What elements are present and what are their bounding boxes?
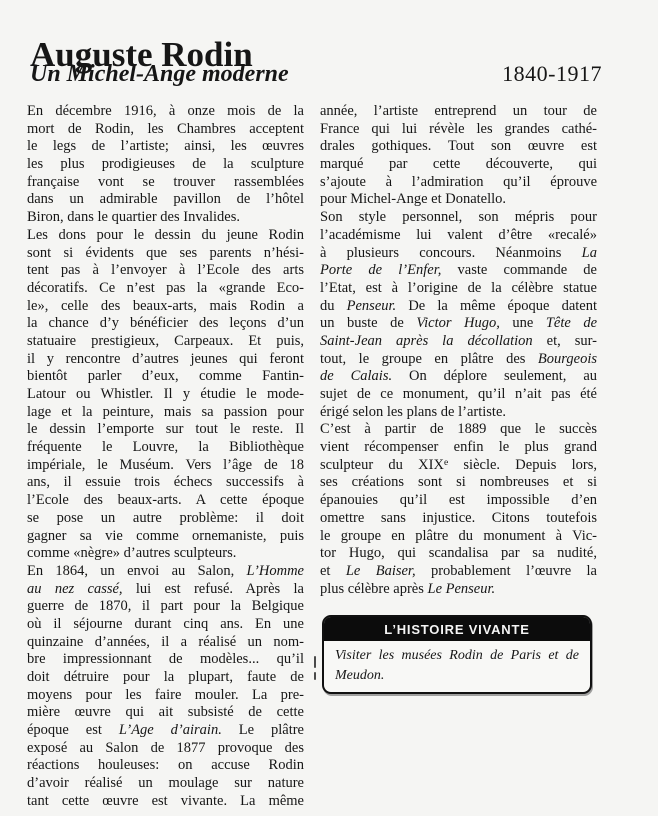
text-line: le», celle des beaux-arts, mais Rodin a bbox=[27, 298, 304, 316]
text-line: il y rencontre d’autres jeunes qui feron… bbox=[27, 351, 304, 369]
text-line: pour Michel-Ange et Donatello. bbox=[320, 191, 597, 209]
text-line: le groupe en plâtre du monument à Vic- bbox=[320, 528, 597, 546]
text-line: tent pas à l’envoyer à l’Ecole des arts bbox=[27, 262, 304, 280]
text-line: bre impressionnant de modèles... qu’il bbox=[27, 651, 304, 669]
text-line: l’Etat, est à l’origine de la célèbre st… bbox=[320, 280, 597, 298]
text-line: Biron, dans le quartier des Invalides. bbox=[27, 209, 304, 227]
text-line: décoratifs. Ce n’est pas la «grande Eco- bbox=[27, 280, 304, 298]
text-line: mière œuvre qui ait subsisté de cette bbox=[27, 704, 304, 722]
history-box-header: L’HISTOIRE VIVANTE bbox=[324, 617, 590, 641]
text-line: sont si évidents que ses parents n’hési- bbox=[27, 245, 304, 263]
text-line: au nez cassé, lui est refusé. Après la bbox=[27, 581, 304, 599]
subtitle-row: Un Michel-Ange moderne 1840-1917 bbox=[30, 61, 602, 88]
scan-artifact bbox=[314, 672, 316, 680]
text-line: moyens pour les faire mouler. La pre- bbox=[27, 687, 304, 705]
text-line: France qui lui révèle les grandes cathé- bbox=[320, 121, 597, 139]
text-line: à plusieurs concours. Néanmoins La bbox=[320, 245, 597, 263]
text-line: se pose un autre problème: il doit bbox=[27, 510, 304, 528]
text-line: et Le Baiser, probablement l’œuvre la bbox=[320, 563, 597, 581]
text-line: le dessin l’emporte sur tout le reste. I… bbox=[27, 421, 304, 439]
scan-artifact bbox=[314, 656, 316, 668]
text-line: Latour ou Whistler. Il y étudie le mode- bbox=[27, 386, 304, 404]
text-line: plus célèbre après Le Penseur. bbox=[320, 581, 597, 599]
text-line: Porte de l’Enfer, vaste commande de bbox=[320, 262, 597, 280]
text-line: la chance d’y bénéficier des leçons d’un bbox=[27, 315, 304, 333]
text-line: épanouies qu’il est impossible d’en bbox=[320, 492, 597, 510]
text-line: tant cette œuvre est vivante. La même bbox=[27, 793, 304, 811]
article-column-left: En décembre 1916, à onze mois de lamort … bbox=[27, 103, 304, 811]
text-line: bientôt parler d’eux, comme Fantin- bbox=[27, 368, 304, 386]
article-column-right: année, l’artiste entreprend un tour deFr… bbox=[320, 103, 597, 811]
text-line: française vont se trouver rassemblées bbox=[27, 174, 304, 192]
article: En décembre 1916, à onze mois de lamort … bbox=[27, 103, 597, 811]
text-line: Visiter les musées Rodin de Paris et de bbox=[335, 646, 579, 666]
text-line: réactions houleuses: on accuse Rodin bbox=[27, 757, 304, 775]
text-line: où il séjourne durant cinq ans. En une bbox=[27, 616, 304, 634]
text-line: Les dons pour le dessin du jeune Rodin bbox=[27, 227, 304, 245]
text-line: s’ajoute à l’admiration qu’il éprouve bbox=[320, 174, 597, 192]
text-line: sujet de ce monument, qu’il n’ait pas ét… bbox=[320, 386, 597, 404]
date-range: 1840-1917 bbox=[502, 61, 602, 87]
text-line: ans, il essuie trois échecs successifs à bbox=[27, 474, 304, 492]
text-line: Son style personnel, son mépris pour bbox=[320, 209, 597, 227]
history-box-title: L’HISTOIRE VIVANTE bbox=[384, 622, 529, 637]
text-line: marqué par cette découverte, qui bbox=[320, 156, 597, 174]
text-line: guerre de 1870, il part pour la Belgique bbox=[27, 598, 304, 616]
text-line: Saint-Jean après la décollation et, sur- bbox=[320, 333, 597, 351]
text-line: comme «nègre» d’autres sculpteurs. bbox=[27, 545, 304, 563]
text-line: sculpteur du XIXe siècle. Depuis lors, bbox=[320, 457, 597, 475]
history-box: L’HISTOIRE VIVANTE Visiter les musées Ro… bbox=[322, 615, 592, 694]
text-line: lage et la peinture, mais sa passion pou… bbox=[27, 404, 304, 422]
text-line: omettre sans injustice. Citons toutefois bbox=[320, 510, 597, 528]
text-line: du Penseur. De la même époque datent bbox=[320, 298, 597, 316]
text-line: doit détruire pour la plupart, faute de bbox=[27, 669, 304, 687]
text-line: En 1864, un envoi au Salon, L’Homme bbox=[27, 563, 304, 581]
text-line: exposé au Salon de 1877 provoque des bbox=[27, 740, 304, 758]
text-line: statuaire prestigieux, Carpeaux. Et puis… bbox=[27, 333, 304, 351]
text-line: drales gothiques. Tout son œuvre est bbox=[320, 138, 597, 156]
text-line: d’avoir réalisé un moulage sur nature bbox=[27, 775, 304, 793]
text-line: ses créations sont si nombreuses et si bbox=[320, 474, 597, 492]
text-line: l’académisme lui valent d’être «recalé» bbox=[320, 227, 597, 245]
text-line: vient récompenser enfin le plus grand bbox=[320, 439, 597, 457]
text-line: l’Ecole des beaux-arts. A cette époque bbox=[27, 492, 304, 510]
text-line: fréquente le Louvre, la Bibliothèque bbox=[27, 439, 304, 457]
text-line: gagner sa vie comme ornemaniste, puis bbox=[27, 528, 304, 546]
text-line: tout, le groupe en plâtre des Bourgeois bbox=[320, 351, 597, 369]
text-line: un buste de Victor Hugo, une Tête de bbox=[320, 315, 597, 333]
text-line: impériale, le Muséum. Vers l’âge de 18 bbox=[27, 457, 304, 475]
text-line: de Calais. On déplore seulement, au bbox=[320, 368, 597, 386]
text-line: année, l’artiste entreprend un tour de bbox=[320, 103, 597, 121]
text-line: époque est L’Age d’airain. Le plâtre bbox=[27, 722, 304, 740]
text-line: C’est à partir de 1889 que le succès bbox=[320, 421, 597, 439]
text-line: tor Hugo, qui scandalisa par sa nudité, bbox=[320, 545, 597, 563]
text-line: les plus prodigieuses de la sculpture bbox=[27, 156, 304, 174]
text-line: Meudon. bbox=[335, 666, 579, 686]
text-line: dans un admirable pavillon de l’hôtel bbox=[27, 191, 304, 209]
text-line: le legs de l’artiste; ainsi, les œuvres bbox=[27, 138, 304, 156]
text-line: En décembre 1916, à onze mois de la bbox=[27, 103, 304, 121]
page-subtitle: Un Michel-Ange moderne bbox=[30, 61, 289, 88]
text-line: érigé selon les plans de l’artiste. bbox=[320, 404, 597, 422]
text-line: quinzaine d’années, il a réalisé un nom- bbox=[27, 634, 304, 652]
text-line: mort de Rodin, les Chambres acceptent bbox=[27, 121, 304, 139]
history-box-body: Visiter les musées Rodin de Paris et deM… bbox=[324, 641, 590, 692]
